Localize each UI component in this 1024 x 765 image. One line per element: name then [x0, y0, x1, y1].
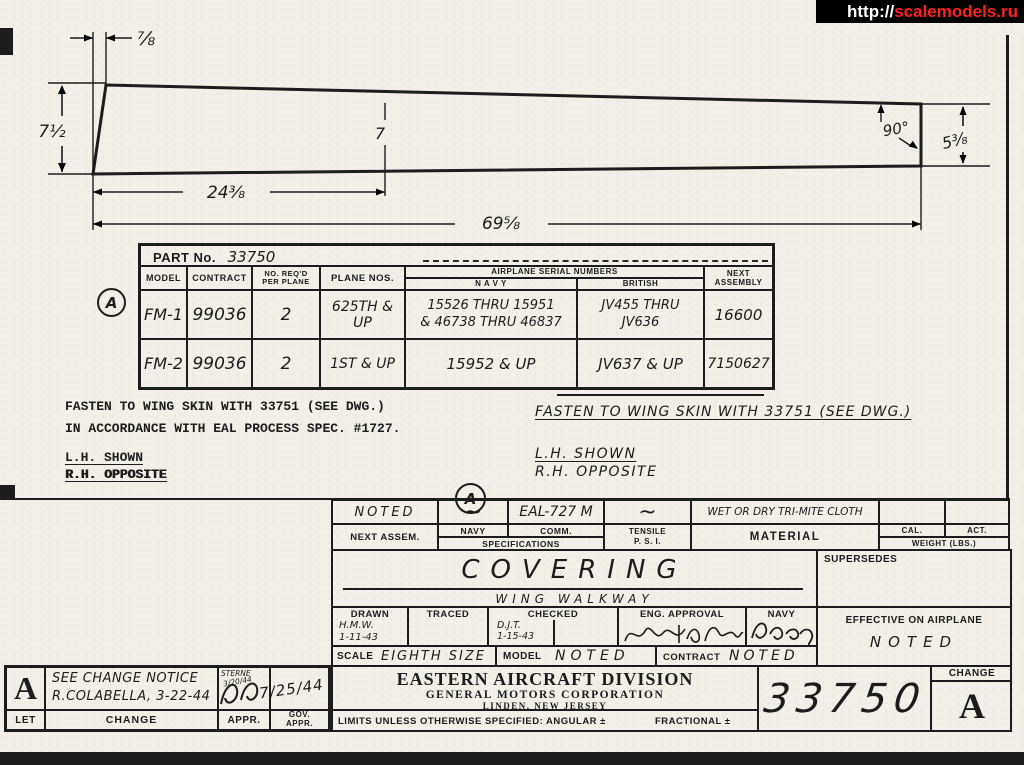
col-navy: N A V Y [406, 277, 576, 289]
material-label: MATERIAL [690, 523, 880, 551]
arrowhead [960, 155, 967, 164]
comm-spec-value: EAL-727 M [507, 499, 605, 525]
revision-box: A LET SEE CHANGE NOTICE R.COLABELLA, 3-2… [4, 665, 331, 732]
contract-label: CONTRACT [663, 652, 720, 663]
model-cell: MODEL NOTED [495, 645, 657, 667]
col-contract: CONTRACT [188, 267, 251, 289]
dim-span-partial: 24⅜ [207, 183, 246, 203]
dim-top-offset: ⅞ [137, 28, 156, 50]
part-no-value: 33750 [228, 248, 276, 266]
scale-value: EIGHTH SIZE [381, 649, 486, 664]
contract-cell: CONTRACT NOTED [655, 645, 818, 667]
col-plane-nos: PLANE NOS. [321, 267, 404, 289]
typed-note-rh: R.H. OPPOSITE [65, 467, 166, 482]
limits-cell: LIMITS UNLESS OTHERWISE SPECIFIED: ANGUL… [331, 709, 759, 732]
limits-text: LIMITS UNLESS OTHERWISE SPECIFIED: ANGUL… [338, 716, 606, 727]
part-drawing: ⅞ 7½ 7 90° 5⅜ 24⅜ [0, 0, 1024, 245]
next-assem-value: NOTED [331, 499, 439, 525]
material-value: WET OR DRY TRI-MITE CLOTH [690, 499, 880, 525]
traced-cell: TRACED [407, 606, 489, 647]
col-next-assembly: NEXT ASSEMBLY [705, 267, 772, 289]
col-model: MODEL [141, 267, 186, 289]
drawn-cell: DRAWN H.M.W. 1-11-43 [331, 606, 409, 647]
supersedes-cell: SUPERSEDES [816, 549, 1012, 608]
typed-note-lh: L.H. SHOWN [65, 450, 143, 465]
change-box: CHANGE A [930, 667, 1012, 730]
effective-cell: EFFECTIVE ON AIRPLANE NOTED [816, 606, 1012, 667]
dim-right-angle: 90° [881, 118, 910, 140]
cell-next-assembly-1: 16600 [705, 291, 772, 338]
title-dashed-line [423, 260, 768, 262]
tensile-label: TENSILE P. S. I. [603, 523, 692, 551]
cell-plane-nos-1: 625TH & UP [321, 291, 404, 338]
col-req: NO. REQ'D PER PLANE [253, 267, 319, 289]
dim-left-height: 7½ [38, 122, 66, 142]
arrowhead [93, 221, 102, 228]
dim-span-total: 69⅝ [482, 214, 521, 234]
drawing-subtitle: WING WALKWAY [333, 590, 816, 607]
cal-value-cell [878, 499, 946, 525]
arrowhead [106, 35, 115, 42]
revision-letter: A [7, 668, 44, 709]
drawing-number-cell: 33750 CHANGE A [757, 665, 1012, 732]
gov-appr-label: GOV. APPR. [271, 710, 328, 729]
dim-right-height: 5⅜ [940, 128, 970, 153]
handwritten-underline [557, 394, 764, 396]
arrowhead [878, 104, 885, 113]
arrowhead [376, 189, 385, 196]
navy-spec-value: ~ [437, 499, 509, 525]
supersedes-label: SUPERSEDES [824, 554, 897, 565]
let-label: LET [7, 711, 44, 729]
arrowhead [912, 221, 921, 228]
revision-change-text: SEE CHANGE NOTICE R.COLABELLA, 3-22-44 [52, 670, 217, 705]
checked-cell: CHECKED D.J.T. 1-15-43 [487, 606, 619, 647]
arrowhead [960, 106, 967, 115]
model-value: NOTED [555, 648, 630, 664]
change-letter: A [932, 682, 1012, 730]
arrowhead [58, 163, 66, 172]
arrowhead [58, 85, 66, 94]
detail-marker-a: A [97, 288, 126, 317]
dim-mid-height: 7 [375, 124, 386, 143]
col-british: BRITISH [578, 277, 703, 289]
eng-approval-cell: ENG. APPROVAL [617, 606, 747, 647]
typed-note-line1: FASTEN TO WING SKIN WITH 33751 (SEE DWG.… [65, 399, 385, 414]
scale-cell: SCALE EIGHTH SIZE [331, 645, 497, 667]
extension-lines [48, 32, 990, 230]
limits-fractional: FRACTIONAL ± [655, 716, 730, 727]
scan-artifact-bottom-bar [0, 752, 1024, 765]
tensile-value: ~ [603, 499, 692, 525]
navy-sign-cell: NAVY [745, 606, 818, 647]
checked-value: D.J.T. 1-15-43 [497, 620, 534, 643]
cell-model-2: FM-2 [141, 340, 186, 387]
hand-note-fasten: FASTEN TO WING SKIN WITH 33751 (SEE DWG.… [535, 404, 911, 420]
part-outline [93, 85, 921, 174]
detail-marker-letter: A [106, 294, 118, 312]
cell-next-assembly-2: 7150627 [705, 340, 772, 387]
model-label: MODEL [503, 651, 542, 662]
col-serials: AIRPLANE SERIAL NUMBERS [406, 265, 703, 277]
next-assem-label: NEXT ASSEM. [331, 523, 439, 551]
drawing-title: COVERING [333, 553, 816, 587]
cell-contract-2: 99036 [188, 340, 251, 387]
change-label: CHANGE [932, 667, 1012, 682]
cell-req-2: 2 [253, 340, 319, 387]
revision-change-label: CHANGE [46, 711, 217, 729]
cell-plane-nos-2: 1ST & UP [321, 340, 404, 387]
blueprint-sheet: http://scalemodels.ru ⅞ 7½ 7 9 [0, 0, 1024, 765]
appr-label: APPR. [219, 711, 269, 729]
drawn-value: H.M.W. 1-11-43 [339, 620, 378, 644]
company-cell: EASTERN AIRCRAFT DIVISION GENERAL MOTORS… [331, 665, 759, 711]
traced-label: TRACED [409, 608, 487, 621]
drawing-number: 33750 [755, 667, 937, 730]
part-no-label: PART No. [153, 250, 216, 265]
company-name: EASTERN AIRCRAFT DIVISION [333, 669, 757, 689]
contract-value: NOTED [729, 648, 799, 664]
cell-model-1: FM-1 [141, 291, 186, 338]
scan-artifact [0, 485, 15, 498]
act-value-cell [944, 499, 1010, 525]
hand-note-lh: L.H. SHOWN [535, 446, 636, 462]
parts-table: PART No. 33750 MODEL CONTRACT NO. REQ'D … [138, 243, 775, 390]
cell-british-2: JV637 & UP [578, 340, 703, 387]
effective-value: NOTED [818, 632, 1010, 652]
hand-note-rh: R.H. OPPOSITE [535, 464, 657, 480]
typed-note-line2: IN ACCORDANCE WITH EAL PROCESS SPEC. #17… [65, 421, 400, 436]
cell-contract-1: 99036 [188, 291, 251, 338]
arrowhead [909, 141, 918, 149]
cell-british-1: JV455 THRU JV636 [578, 291, 703, 338]
arrowhead [93, 189, 102, 196]
drawing-title-cell: COVERING WING WALKWAY [331, 549, 818, 608]
scale-label: SCALE [337, 651, 373, 662]
arrowhead [84, 35, 93, 42]
cell-req-1: 2 [253, 291, 319, 338]
cell-navy-2: 15952 & UP [406, 340, 576, 387]
cell-navy-1: 15526 THRU 15951 & 46738 THRU 46837 [406, 291, 576, 338]
checked-divider [553, 620, 555, 645]
effective-label: EFFECTIVE ON AIRPLANE [818, 613, 1010, 627]
eng-approval-signature-scribble [621, 619, 745, 647]
part-no-row: PART No. 33750 [153, 248, 275, 266]
